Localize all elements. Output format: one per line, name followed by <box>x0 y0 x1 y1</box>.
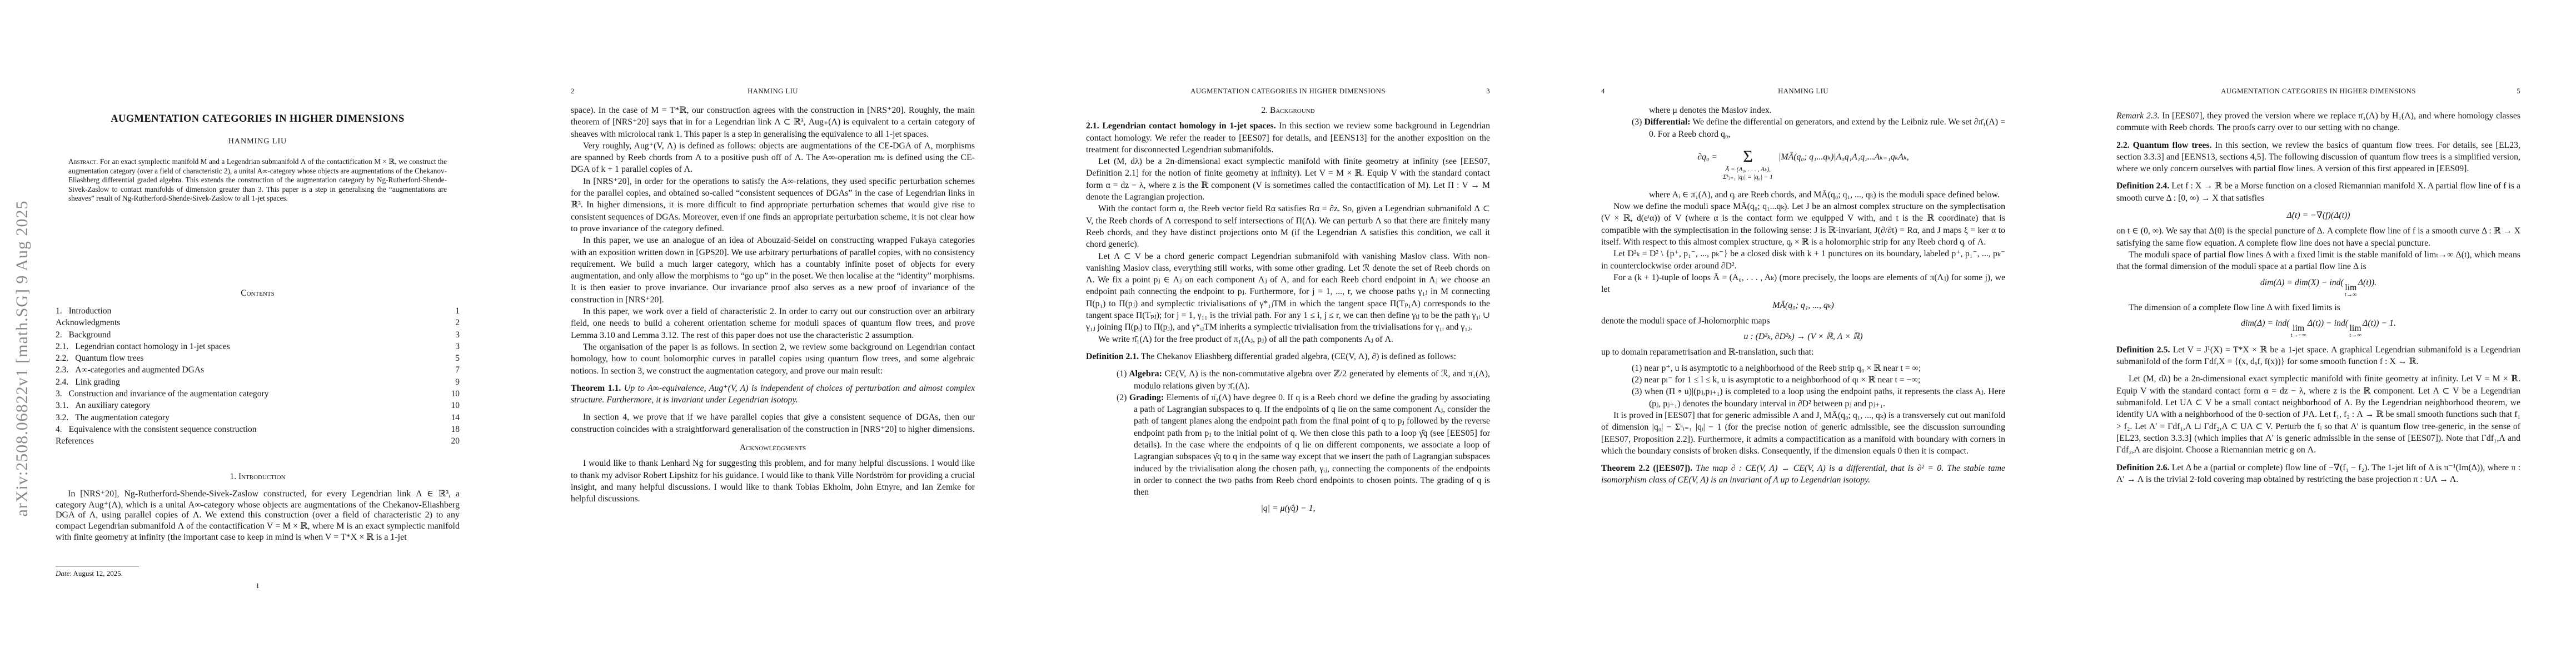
page-number: 3 <box>1486 87 1490 96</box>
body-paragraph: up to domain reparametrisation and ℝ-tra… <box>1601 346 2005 358</box>
running-header-title: HANMING LIU <box>571 87 975 96</box>
page-1: arXiv:2508.06822v1 [math.SG] 9 Aug 2025 … <box>0 0 515 667</box>
definition-2-1: Definition 2.1. The Chekanov Eliashberg … <box>1086 351 1490 362</box>
abstract-text: For an exact symplectic manifold M and a… <box>68 157 447 202</box>
moduli-condition-2: (2) near pₗ⁻ for 1 ≤ l ≤ k, u is asympto… <box>1601 374 2005 386</box>
pdf-spread: arXiv:2508.06822v1 [math.SG] 9 Aug 2025 … <box>0 0 2576 667</box>
definition-2-6: Definition 2.6. Let Δ be a (partial or c… <box>2116 462 2520 486</box>
body-paragraph: With the contact form α, the Reeb vector… <box>1086 203 1490 250</box>
acknowledgments-heading: Acknowledgments <box>571 442 975 454</box>
date-label: Date <box>56 569 69 578</box>
body-paragraph: Let (M, dλ) be a 2n-dimensional exact sy… <box>1086 156 1490 203</box>
running-header: 2 HANMING LIU <box>571 87 975 96</box>
remark-2-3: Remark 2.3. In [EES07], they proved the … <box>2116 110 2520 134</box>
body-paragraph: We write π̄₁(Λ) for the free product of … <box>1086 333 1490 345</box>
body-paragraph: In this paper, we work over a field of c… <box>571 306 975 341</box>
toc-row: 2.2.Quantum flow trees5 <box>56 352 460 364</box>
page-body: Remark 2.3. In [EES07], they proved the … <box>2116 104 2520 491</box>
display-formula-grading: |q| = μ(γ̂q) − 1, <box>1086 502 1490 514</box>
body-paragraph: In this paper, we use an analogue of an … <box>571 235 975 306</box>
page-number: 5 <box>2517 87 2520 96</box>
toc-row: 2.1.Legendrian contact homology in 1-jet… <box>56 341 460 352</box>
footnote-rule <box>56 566 139 566</box>
footnote: Date: August 12, 2025. <box>56 566 460 578</box>
running-header-title: HANMING LIU <box>1601 87 2005 96</box>
toc-row: Acknowledgments2 <box>56 317 460 328</box>
definition-2-4: Definition 2.4. Let f : X → ℝ be a Morse… <box>2116 180 2520 204</box>
display-formula-map: u : (D²ₖ, ∂D²ₖ) → (V × ℝ, Λ × ℝ) <box>1601 331 2005 342</box>
body-paragraph: I would like to thank Lenhard Ng for sug… <box>571 457 975 505</box>
running-header: AUGMENTATION CATEGORIES IN HIGHER DIMENS… <box>2116 87 2520 96</box>
arxiv-watermark: arXiv:2508.06822v1 [math.SG] 9 Aug 2025 <box>13 201 32 517</box>
theorem-2-2: Theorem 2.2 ([EES07]). The map ∂ : CE(V,… <box>1601 462 2005 486</box>
section-1-heading: 1. Introduction <box>56 472 460 482</box>
display-formula-differential: ∂q₀ = Σ Ā = (A₀, . . . , Aₖ), Σᵏⱼ₌₁ |qⱼ|… <box>1601 148 2005 181</box>
toc-row: 3.1.An auxiliary category10 <box>56 400 460 411</box>
author-name: HANMING LIU <box>56 137 460 146</box>
body-paragraph: The moduli space of partial flow lines Δ… <box>2116 249 2520 273</box>
display-formula-dim-complete: dim(Δ) = ind(limt→−∞Δ(t)) − ind(limt→∞Δ(… <box>2116 317 2520 339</box>
body-paragraph: Let D²ₖ = D² \ {p⁺, p₁⁻, ..., pₖ⁻} be a … <box>1601 248 2005 272</box>
toc-row: 2.4.Link grading9 <box>56 376 460 388</box>
definition-2-5: Definition 2.5. Let V = J¹(X) = T*X × ℝ … <box>2116 344 2520 368</box>
page-4: 4 HANMING LIU where μ denotes the Maslov… <box>1546 0 2061 667</box>
table-of-contents: 1.Introduction1 Acknowledgments2 2.Backg… <box>56 305 460 447</box>
body-paragraph: denote the moduli space of J-holomorphic… <box>1601 315 2005 327</box>
abstract: Abstract. For an exact symplectic manifo… <box>68 157 447 203</box>
running-header: AUGMENTATION CATEGORIES IN HIGHER DIMENS… <box>1086 87 1490 96</box>
body-paragraph: In [NRS⁺20], in order for the operations… <box>571 176 975 235</box>
toc-row: 4.Equivalence with the consistent sequen… <box>56 424 460 435</box>
running-header-title: AUGMENTATION CATEGORIES IN HIGHER DIMENS… <box>1086 87 1490 96</box>
toc-row: 3.Construction and invariance of the aug… <box>56 388 460 400</box>
page-number: 1 <box>56 581 460 590</box>
section-2-heading: 2. Background <box>1086 104 1490 116</box>
introduction-paragraph-block: In [NRS⁺20], Ng-Rutherford-Shende-Sivek-… <box>56 488 460 542</box>
page-2: 2 HANMING LIU space). In the case of M =… <box>515 0 1030 667</box>
body-paragraph: Let Λ ⊂ V be a chord generic compact Leg… <box>1086 251 1490 333</box>
toc-row: 3.2.The augmentation category14 <box>56 412 460 424</box>
body-paragraph: The dimension of a complete flow line Δ … <box>2116 302 2520 313</box>
page-body: 2. Background 2.1. Legendrian contact ho… <box>1086 104 1490 518</box>
running-header: 4 HANMING LIU <box>1601 87 2005 96</box>
running-header-title: AUGMENTATION CATEGORIES IN HIGHER DIMENS… <box>2116 87 2520 96</box>
body-paragraph: where Aᵢ ∈ π̄₁(Λ), and qᵢ are Reeb chord… <box>1601 189 2005 201</box>
subsection-2-1: 2.1. Legendrian contact homology in 1-je… <box>1086 120 1490 156</box>
page-number: 2 <box>571 87 575 96</box>
limit-stack: limt→∞ <box>2349 325 2361 339</box>
theorem-1-1: Theorem 1.1. Up to A∞-equivalence, Aug⁺(… <box>571 382 975 406</box>
definition-item-differential: (3) Differential: We define the differen… <box>1601 116 2005 140</box>
moduli-condition-3: (3) when (Π ∘ u)|(pⱼ,pⱼ₊₁) is completed … <box>1601 386 2005 410</box>
display-formula-flow: Δ̇(t) = −∇(f)(Δ(t)) <box>2116 210 2520 221</box>
abstract-label: Abstract. <box>68 157 98 166</box>
page-5: AUGMENTATION CATEGORIES IN HIGHER DIMENS… <box>2061 0 2576 667</box>
limit-stack: limt→∞ <box>2345 284 2357 298</box>
body-paragraph: In [NRS⁺20], Ng-Rutherford-Shende-Sivek-… <box>56 488 460 542</box>
date-value: : August 12, 2025. <box>69 569 123 578</box>
body-paragraph: space). In the case of M = T*ℝ, our cons… <box>571 104 975 140</box>
page-body: where μ denotes the Maslov index. (3) Di… <box>1601 104 2005 492</box>
body-paragraph: The organisation of the paper is as foll… <box>571 341 975 377</box>
toc-row: 1.Introduction1 <box>56 305 460 317</box>
body-paragraph: Very roughly, Aug⁺(V, Λ) is defined as f… <box>571 140 975 176</box>
paper-title: AUGMENTATION CATEGORIES IN HIGHER DIMENS… <box>56 113 460 125</box>
body-paragraph: Let (M, dλ) be a 2n-dimensional exact sy… <box>2116 373 2520 456</box>
subsection-2-2: 2.2. Quantum flow trees. In this section… <box>2116 140 2520 175</box>
toc-row: 2.3.A∞-categories and augmented DGAs7 <box>56 364 460 376</box>
definition-item-grading: (2) Grading: Elements of π̄₁(Λ) have deg… <box>1086 392 1490 499</box>
body-paragraph: For a (k + 1)-tuple of loops Ā = (A₀, . … <box>1601 272 2005 296</box>
display-formula-dim-partial: dim(Δ) = dim(X) − ind(limt→∞Δ(t)). <box>2116 277 2520 298</box>
body-paragraph: where μ denotes the Maslov index. <box>1601 104 2005 116</box>
toc-row: 2.Background3 <box>56 329 460 341</box>
toc-row: References20 <box>56 435 460 447</box>
display-formula-moduli: MĀ(q₀; q₁, ..., qₖ) <box>1601 300 2005 311</box>
sum-with-conditions: Σ Ā = (A₀, . . . , Aₖ), Σᵏⱼ₌₁ |qⱼ| = |q₀… <box>1723 148 1773 181</box>
limit-stack: limt→−∞ <box>2291 325 2306 339</box>
moduli-condition-1: (1) near p⁺, u is asymptotic to a neighb… <box>1601 362 2005 374</box>
page-3: AUGMENTATION CATEGORIES IN HIGHER DIMENS… <box>1030 0 1546 667</box>
body-paragraph: In section 4, we prove that if we have p… <box>571 411 975 435</box>
body-paragraph: on t ∈ (0, ∞). We say that Δ(0) is the s… <box>2116 225 2520 249</box>
contents-heading: Contents <box>56 288 460 298</box>
page-body: space). In the case of M = T*ℝ, our cons… <box>571 104 975 505</box>
body-paragraph: It is proved in [EES07] that for generic… <box>1601 410 2005 457</box>
page-number: 4 <box>1601 87 1605 96</box>
definition-item-algebra: (1) Algebra: CE(V, Λ) is the non-commuta… <box>1086 368 1490 392</box>
body-paragraph: Now we define the moduli space MĀ(q₀; q₁… <box>1601 201 2005 248</box>
